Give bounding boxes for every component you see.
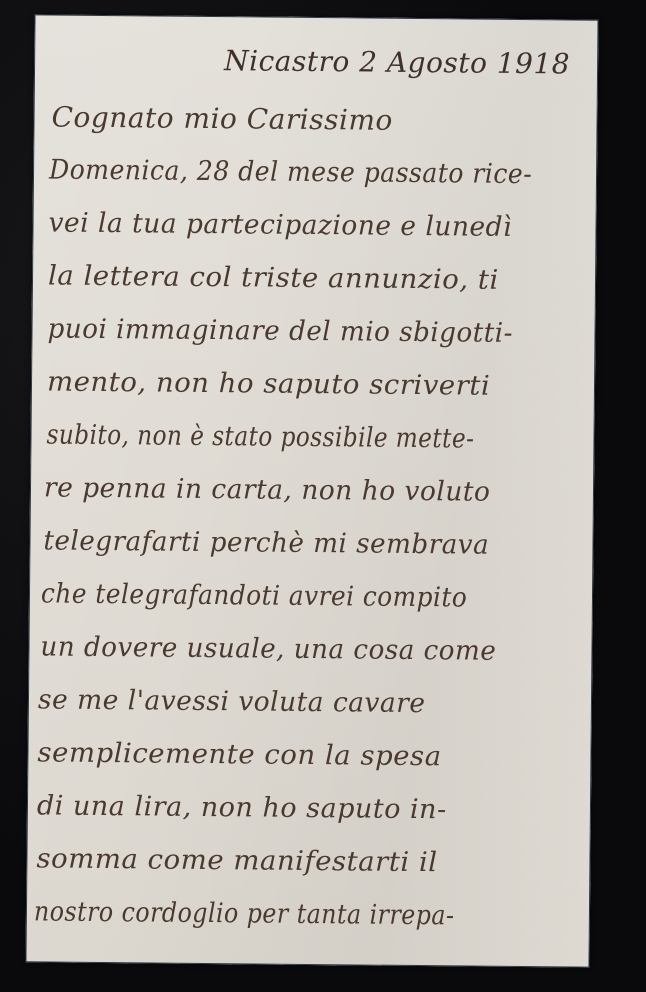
letter-body-line: Domenica, 28 del mese passato rice-	[49, 154, 532, 190]
letter-body-line: subito, non è stato possibile mette-	[46, 419, 474, 454]
letter-body-line: nostro cordoglio per tanta irrepa-	[34, 896, 455, 931]
letter-salutation: Cognato mio Carissimo	[51, 100, 393, 136]
letter-body-line: telegrafarti perchè mi sembrava	[43, 525, 489, 560]
letter-body-line: se me l'avessi voluta cavare	[38, 684, 426, 719]
letter-body-line: vei la tua partecipazione e lunedì	[48, 207, 512, 242]
letter-body-line: la lettera col triste annunzio, ti	[48, 260, 499, 295]
letter-body-line: che telegrafandoti avrei compito	[41, 578, 468, 613]
letter-body-line: mento, non ho saputo scriverti	[47, 366, 491, 401]
letter-body-line: re penna in carta, non ho voluto	[44, 472, 491, 507]
letter-body-line: un dovere usuale, una cosa come	[40, 631, 496, 666]
letter-body-line: di una lira, non ho saputo in-	[37, 790, 447, 825]
letter-body-line: semplicemente con la spesa	[37, 737, 441, 772]
letter-paper: Nicastro 2 Agosto 1918 Cognato mio Caris…	[25, 14, 598, 967]
letter-body-line: puoi immaginare del mio sbigotti-	[47, 313, 513, 348]
letter-body-line: somma come manifestarti il	[36, 843, 437, 878]
letter-place-date: Nicastro 2 Agosto 1918	[224, 44, 570, 80]
